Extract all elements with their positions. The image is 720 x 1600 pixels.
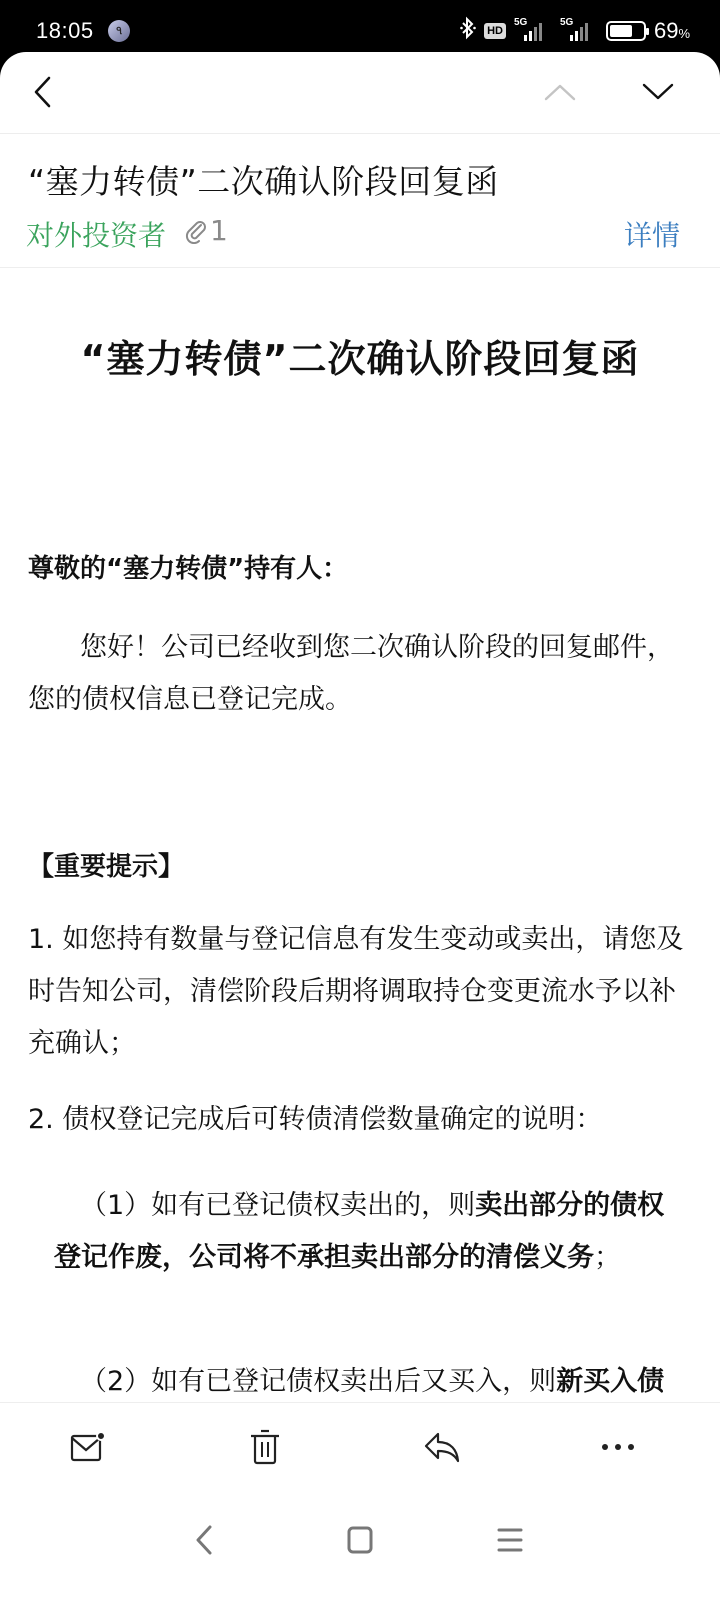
nav-menu-icon	[496, 1526, 524, 1554]
trash-icon	[248, 1428, 282, 1466]
sender-name[interactable]: 对外投资者	[26, 214, 166, 254]
system-back-button[interactable]	[182, 1518, 226, 1562]
paperclip-icon	[184, 218, 208, 244]
nav-back-icon	[194, 1524, 214, 1556]
previous-email-button[interactable]	[538, 72, 582, 112]
mark-unread-button[interactable]	[66, 1425, 110, 1469]
reply-button[interactable]	[420, 1425, 464, 1469]
sim2-signal-icon: 5G	[560, 19, 598, 43]
notification-app-icon: ঀ	[108, 20, 130, 42]
document-title: “塞力转债”二次确认阶段回复函	[0, 328, 720, 383]
system-nav-bar	[0, 1488, 720, 1600]
back-button[interactable]	[22, 72, 62, 112]
reply-icon	[422, 1430, 462, 1464]
status-time: 18:05	[36, 18, 94, 44]
notice-subitem-2: （2）如有已登记债权卖出后又买入，则新买入债权无法登记，公司将不承担新买入部分的…	[54, 1356, 684, 1401]
sim1-signal-icon: 5G	[514, 19, 552, 43]
email-action-bar	[0, 1402, 720, 1488]
email-body: “塞力转债”二次确认阶段回复函 尊敬的“塞力转债”持有人： 您好！公司已经收到您…	[0, 268, 720, 1401]
battery-icon	[606, 21, 646, 41]
system-recents-button[interactable]	[488, 1518, 532, 1562]
chevron-down-icon	[641, 82, 675, 102]
mail-unread-icon	[68, 1430, 108, 1464]
nav-home-icon	[346, 1525, 374, 1555]
more-horizontal-icon	[600, 1442, 636, 1452]
paragraph-confirmation: 您好！公司已经收到您二次确认阶段的回复邮件，您的债权信息已登记完成。	[28, 622, 688, 726]
status-bar: 18:05 ঀ HD 5G 5G 69%	[0, 0, 720, 56]
delete-button[interactable]	[243, 1425, 287, 1469]
email-view: “塞力转债”二次确认阶段回复函 对外投资者 1 详情 “塞力转债”二次确认阶段回…	[0, 52, 720, 1600]
more-button[interactable]	[596, 1425, 640, 1469]
notice-item-1: 1. 如您持有数量与登记信息有发生变动或卖出，请您及时告知公司，清偿阶段后期将调…	[28, 914, 688, 1070]
bluetooth-icon	[460, 16, 476, 46]
email-header: “塞力转债”二次确认阶段回复函 对外投资者 1 详情	[0, 134, 720, 268]
battery-percent: 69%	[654, 18, 690, 44]
next-email-button[interactable]	[636, 72, 680, 112]
greeting: 尊敬的“塞力转债”持有人：	[28, 548, 348, 585]
system-home-button[interactable]	[338, 1518, 382, 1562]
attachment-count: 1	[210, 214, 228, 247]
status-indicators: HD 5G 5G 69%	[460, 16, 690, 46]
top-bar	[0, 52, 720, 134]
hd-voice-badge: HD	[484, 23, 506, 39]
notice-item-2: 2. 债权登记完成后可转债清偿数量确定的说明：	[28, 1094, 688, 1146]
email-subject: “塞力转债”二次确认阶段回复函	[28, 156, 499, 203]
important-notice-heading: 【重要提示】	[28, 846, 184, 883]
chevron-up-icon	[543, 82, 577, 102]
chevron-left-icon	[31, 75, 53, 109]
details-link[interactable]: 详情	[624, 214, 680, 254]
attachment-indicator[interactable]: 1	[184, 214, 228, 247]
notice-subitem-1: （1）如有已登记债权卖出的，则卖出部分的债权登记作废，公司将不承担卖出部分的清偿…	[54, 1180, 684, 1284]
